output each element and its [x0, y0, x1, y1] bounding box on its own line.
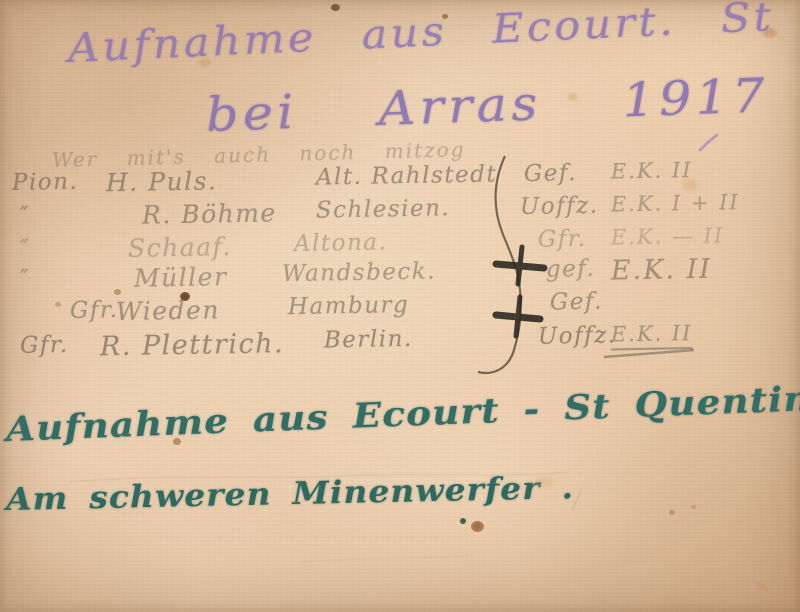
stain-spot: [471, 521, 484, 532]
roster-rank: Gfr.: [6, 298, 76, 328]
purple-flick: [700, 135, 717, 150]
roster-town: Berlin.: [324, 324, 517, 358]
roster-rank: Pion.: [6, 169, 76, 199]
stain-spot: [669, 510, 675, 515]
roster-award: E.K. II: [611, 319, 782, 353]
roster-award: E.K. II: [611, 156, 781, 188]
roster-town: Alt. Rahlstedt: [316, 161, 516, 193]
roster-status: Uoffz.: [516, 322, 612, 355]
roster-town: Altona.: [294, 227, 516, 260]
roster-name: H. Puls.: [76, 165, 316, 198]
roster-status: Uoffz.: [516, 192, 611, 223]
ghost-stroke: [300, 555, 470, 562]
roster-rank: Gfr.: [6, 332, 77, 364]
ink-blot: [460, 518, 466, 524]
roster-name: R. Plettrich.: [76, 328, 317, 363]
purple-caption-line1: Aufnahme aus Ecourt. St Quent: [67, 0, 800, 72]
purple-caption-line2: bei Arras 1917: [205, 68, 770, 143]
roster-name: Schaaf.: [76, 231, 316, 264]
roster-name: Müller: [76, 261, 317, 296]
roster-award: E.K. II: [611, 252, 782, 286]
roster-name: R. Böhme: [76, 198, 316, 231]
roster-town: Hamburg: [288, 290, 516, 323]
stain-spot: [757, 582, 767, 590]
roster-town: Wandsbeck.: [282, 257, 517, 292]
photo-postcard-back: Aufnahme aus Ecourt. St Quent bei Arras …: [0, 0, 800, 612]
stain-spot: [691, 505, 696, 509]
roster-rank: ″: [6, 265, 77, 297]
teal-caption-line1: Aufnahme aus Ecourt - St Quentin. 1917.: [5, 373, 800, 450]
roster-rank: ″: [6, 202, 76, 232]
roster-status: Gfr.: [516, 225, 611, 256]
roster-rank: ″: [6, 235, 76, 265]
stain-spot: [331, 4, 340, 11]
roster-name: Wieden: [76, 294, 316, 327]
roster-award: E.K. I + II: [611, 189, 781, 221]
roster-town: Schlesien.: [316, 194, 516, 226]
roster-status: Gef.: [516, 159, 611, 190]
roster-award: E.K. — II: [611, 222, 781, 254]
teal-caption-line2: Am schweren Minenwerfer .: [6, 470, 575, 518]
roster-status: gef.: [516, 255, 612, 288]
roster-award: [611, 285, 781, 317]
roster-status: Gef.: [516, 288, 611, 319]
